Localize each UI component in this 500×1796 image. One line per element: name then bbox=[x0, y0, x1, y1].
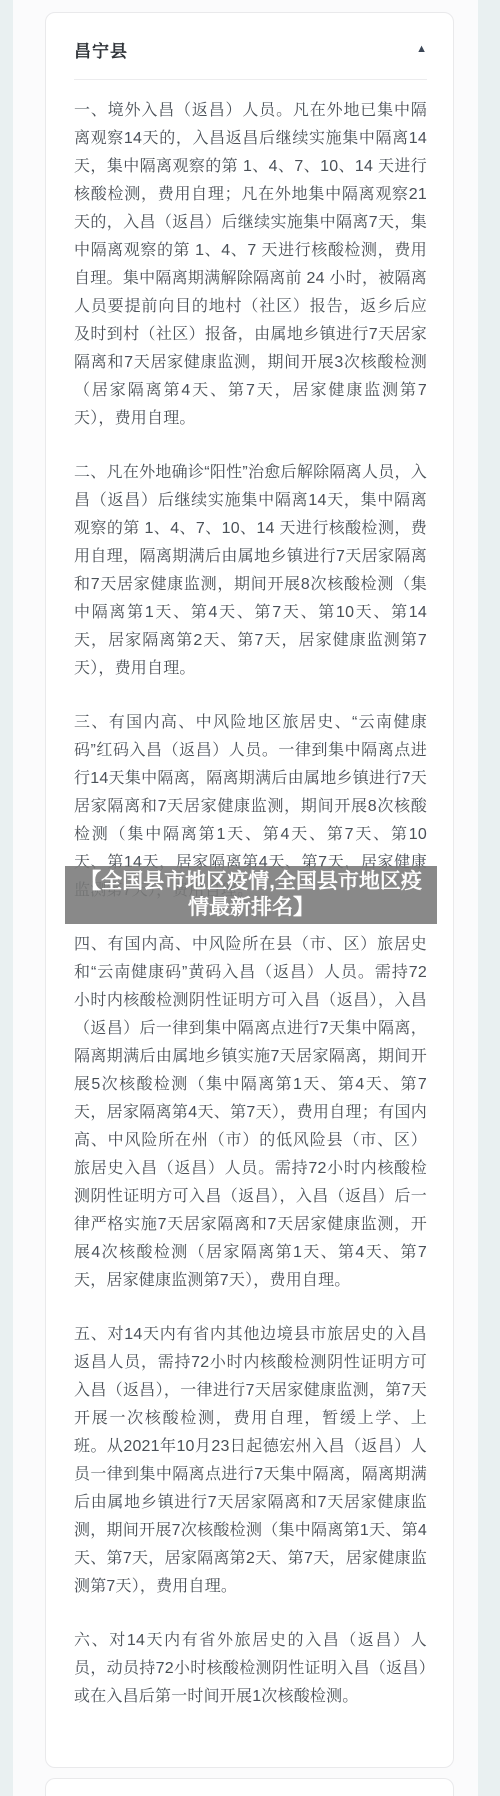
policy-paragraph-5: 五、对14天内有省内其他边境县市旅居史的入昌返昌人员，需持72小时内核酸检测阴性… bbox=[74, 1321, 427, 1601]
watermark-overlay: 【全国县市地区疫情,全国县市地区疫 情最新排名】 bbox=[65, 866, 437, 924]
policy-paragraph-1: 一、境外入昌（返昌）人员。凡在外地已集中隔离观察14天的，入昌返昌后继续实施集中… bbox=[74, 97, 427, 433]
collapse-arrow-icon[interactable]: ▲ bbox=[416, 44, 427, 55]
watermark-line-2: 情最新排名】 bbox=[188, 895, 314, 921]
county-title: 昌宁县 bbox=[74, 37, 128, 62]
policy-paragraph-2: 二、凡在外地确诊“阳性”治愈后解除隔离人员，入昌（返昌）后继续实施集中隔离14天… bbox=[74, 459, 427, 683]
county-card-header[interactable]: 昌宁县 ▲ bbox=[74, 13, 427, 79]
policy-paragraph-4: 四、有国内高、中风险所在县（市、区）旅居史和“云南健康码”黄码入昌（返昌）人员。… bbox=[74, 931, 427, 1295]
watermark-line-1: 【全国县市地区疫情,全国县市地区疫 bbox=[80, 869, 422, 895]
next-county-card[interactable] bbox=[45, 1778, 454, 1796]
policy-paragraph-6: 六、对14天内有省外旅居史的入昌（返昌）人员，动员持72小时核酸检测阴性证明入昌… bbox=[74, 1627, 427, 1711]
